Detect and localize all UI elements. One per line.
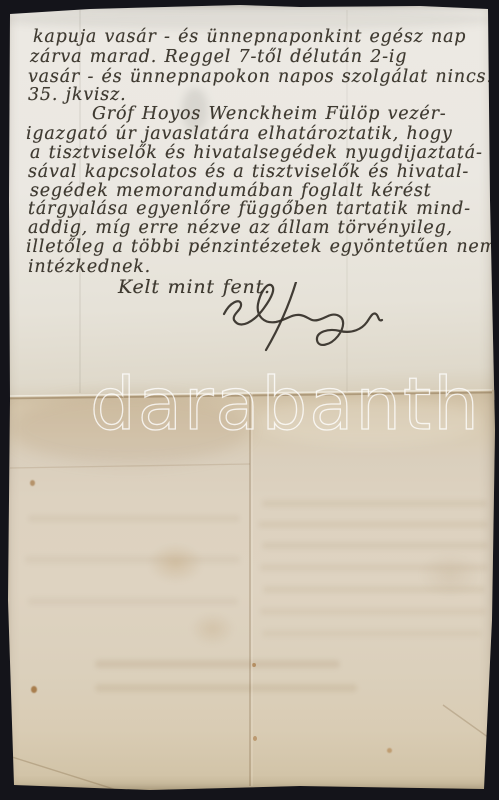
handwritten-line: intézkednek. <box>28 257 151 277</box>
handwritten-line: segédek memorandumában foglalt kérést <box>30 181 431 201</box>
handwritten-line: illetőleg a többi pénzintézetek egyöntet… <box>26 237 497 257</box>
handwritten-line: 35. jkvisz. <box>28 85 126 105</box>
handwritten-line: tárgyalása egyenlőre függőben tartatik m… <box>28 199 471 219</box>
handwritten-line: igazgató úr javaslatára elhatároztatik, … <box>26 124 453 144</box>
handwritten-line: addig, míg erre nézve az állam törvényil… <box>28 218 453 238</box>
letter-sheet: kapuja vasár - és ünnepnaponkint egész n… <box>0 0 499 800</box>
handwritten-line: sával kapcsolatos és a tisztviselők és h… <box>28 162 469 182</box>
handwritten-line: vasár - és ünnepnapokon napos szolgálat … <box>28 67 493 87</box>
signature-flourish <box>210 282 390 357</box>
photo-background: kapuja vasár - és ünnepnaponkint egész n… <box>0 0 499 800</box>
page-back-fold <box>0 390 499 800</box>
handwritten-line: a tisztviselők és hivatalsegédek nyugdij… <box>30 143 483 163</box>
handwritten-line: zárva marad. Reggel 7-től délután 2-ig <box>30 47 407 67</box>
handwritten-line: Gróf Hoyos Wenckheim Fülöp vezér- <box>92 104 446 124</box>
handwritten-line: kapuja vasár - és ünnepnaponkint egész n… <box>33 27 466 47</box>
